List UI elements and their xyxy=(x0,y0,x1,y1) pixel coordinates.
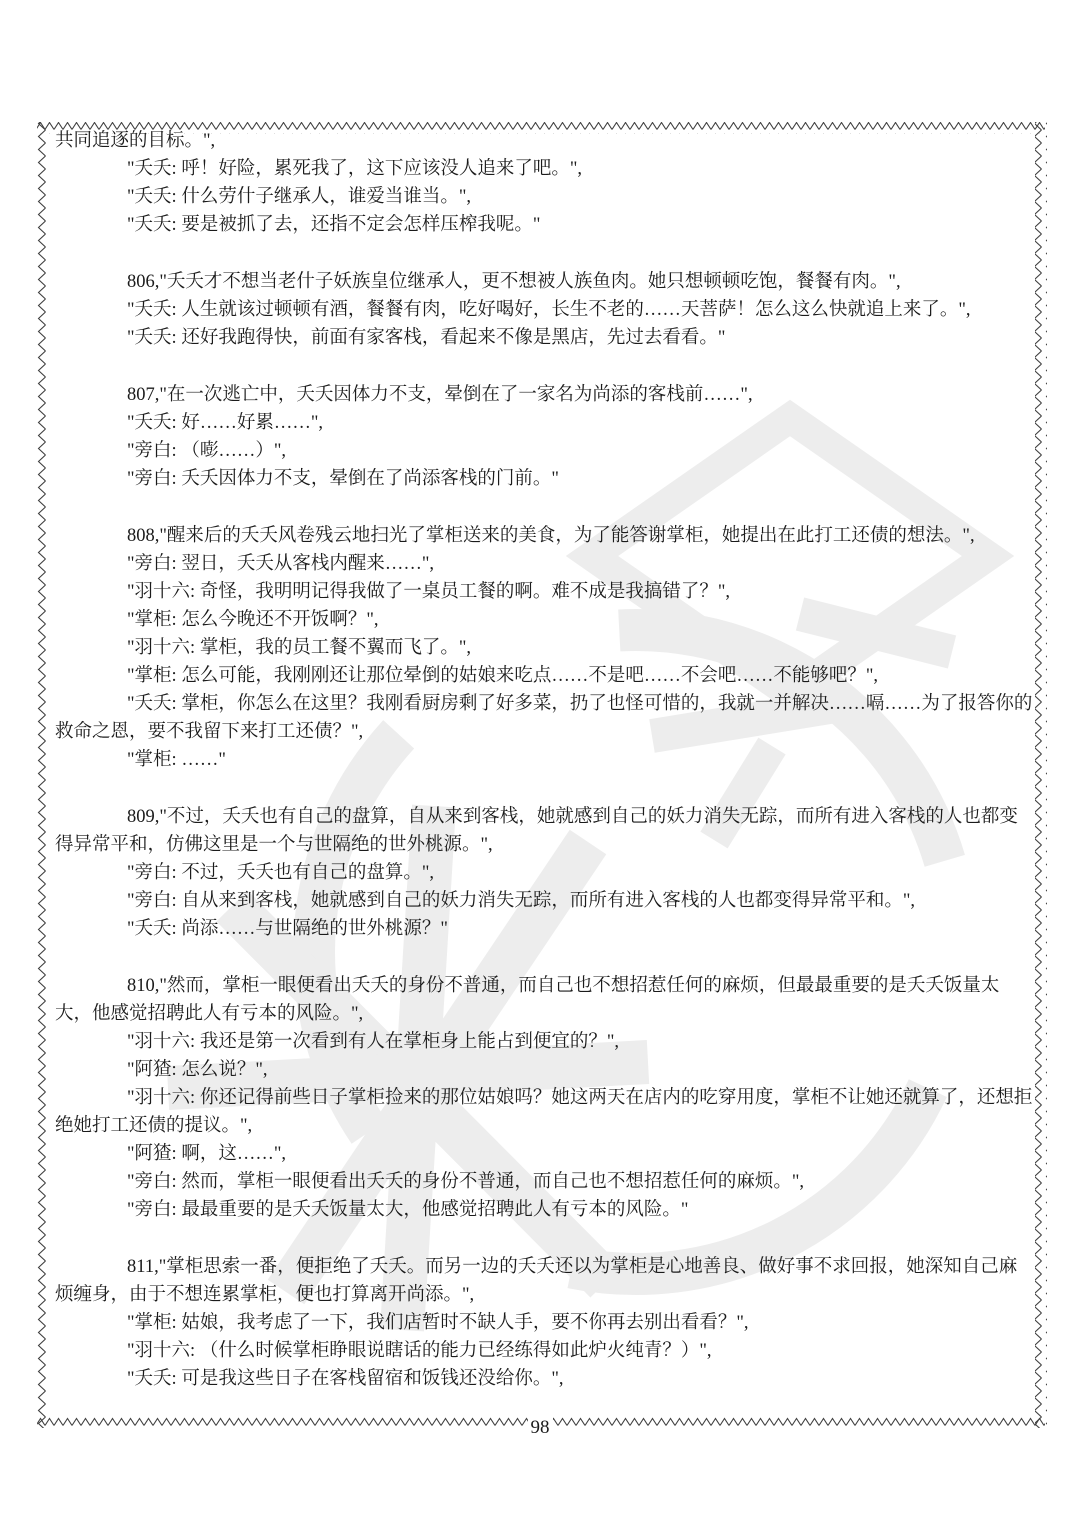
script-line: "夭夭: 人生就该过顿顿有酒，餐餐有肉，吃好喝好，长生不老的……天菩萨！怎么这么… xyxy=(55,296,1033,324)
script-text: 共同追逐的目标。","夭夭: 呼！好险，累死我了，这下应该没人追来了吧。","夭… xyxy=(55,127,1033,1393)
script-line: "掌柜: 怎么可能，我刚刚还让那位晕倒的姑娘来吃点……不是吧……不会吧……不能够… xyxy=(55,662,1033,690)
script-line: "夭夭: 什么劳什子继承人，谁爱当谁当。", xyxy=(55,183,1033,211)
zigzag-border-right xyxy=(1035,122,1047,1428)
script-line: "阿猹: 怎么说？", xyxy=(55,1056,1033,1084)
script-line: "羽十六: 奇怪，我明明记得我做了一桌员工餐的啊。难不成是我搞错了？", xyxy=(55,578,1033,606)
script-line: "旁白: 自从来到客栈，她就感到自己的妖力消失无踪，而所有进入客栈的人也都变得异… xyxy=(55,887,1033,915)
page-number: 98 xyxy=(528,1417,553,1439)
script-line: "羽十六: 掌柜，我的员工餐不翼而飞了。", xyxy=(55,634,1033,662)
script-line: "掌柜: ……" xyxy=(55,746,1033,774)
script-line: "掌柜: 怎么今晚还不开饭啊？", xyxy=(55,606,1033,634)
script-line: "夭夭: 还好我跑得快，前面有家客栈，看起来不像是黑店，先过去看看。" xyxy=(55,324,1033,352)
script-line: "夭夭: 好……好累……", xyxy=(55,409,1033,437)
script-line: "阿猹: 啊，这……", xyxy=(55,1140,1033,1168)
script-line: 808,"醒来后的夭夭风卷残云地扫光了掌柜送来的美食，为了能答谢掌柜，她提出在此… xyxy=(55,522,1033,550)
script-line: "夭夭: 尚添……与世隔绝的世外桃源？" xyxy=(55,915,1033,943)
script-line: "旁白: （嘭……）", xyxy=(55,437,1033,465)
script-line: 810,"然而，掌柜一眼便看出夭夭的身份不普通，而自己也不想招惹任何的麻烦，但最… xyxy=(55,972,1033,1028)
script-line: "旁白: 然而，掌柜一眼便看出夭夭的身份不普通，而自己也不想招惹任何的麻烦。", xyxy=(55,1168,1033,1196)
script-line: 811,"掌柜思索一番，便拒绝了夭夭。而另一边的夭夭还以为掌柜是心地善良、做好事… xyxy=(55,1253,1033,1309)
script-line: 共同追逐的目标。", xyxy=(55,127,1033,155)
script-line: "夭夭: 呼！好险，累死我了，这下应该没人追来了吧。", xyxy=(55,155,1033,183)
script-line: "掌柜: 姑娘，我考虑了一下，我们店暂时不缺人手，要不你再去别出看看？", xyxy=(55,1309,1033,1337)
page-footer: 98 xyxy=(0,1417,1080,1439)
script-page: 共同追逐的目标。","夭夭: 呼！好险，累死我了，这下应该没人追来了吧。","夭… xyxy=(0,0,1080,1528)
script-line: "羽十六: 你还记得前些日子掌柜捡来的那位姑娘吗？她这两天在店内的吃穿用度，掌柜… xyxy=(55,1084,1033,1140)
script-line: "旁白: 最最重要的是夭夭饭量太大，他感觉招聘此人有亏本的风险。" xyxy=(55,1196,1033,1224)
script-line: "旁白: 不过，夭夭也有自己的盘算。", xyxy=(55,859,1033,887)
script-line: 806,"夭夭才不想当老什子妖族皇位继承人，更不想被人族鱼肉。她只想顿顿吃饱，餐… xyxy=(55,268,1033,296)
zigzag-border-left xyxy=(37,122,49,1428)
script-line: "羽十六: 我还是第一次看到有人在掌柜身上能占到便宜的？", xyxy=(55,1028,1033,1056)
script-line: "夭夭: 可是我这些日子在客栈留宿和饭钱还没给你。", xyxy=(55,1365,1033,1393)
script-line: 807,"在一次逃亡中，夭夭因体力不支，晕倒在了一家名为尚添的客栈前……", xyxy=(55,381,1033,409)
script-line: "旁白: 翌日，夭夭从客栈内醒来……", xyxy=(55,550,1033,578)
script-line: 809,"不过，夭夭也有自己的盘算，自从来到客栈，她就感到自己的妖力消失无踪，而… xyxy=(55,803,1033,859)
script-line: "羽十六: （什么时候掌柜睁眼说瞎话的能力已经练得如此炉火纯青？）", xyxy=(55,1337,1033,1365)
script-line: "夭夭: 要是被抓了去，还指不定会怎样压榨我呢。" xyxy=(55,211,1033,239)
script-line: "旁白: 夭夭因体力不支，晕倒在了尚添客栈的门前。" xyxy=(55,465,1033,493)
script-line: "夭夭: 掌柜，你怎么在这里？我刚看厨房剩了好多菜，扔了也怪可惜的，我就一并解决… xyxy=(55,690,1033,746)
